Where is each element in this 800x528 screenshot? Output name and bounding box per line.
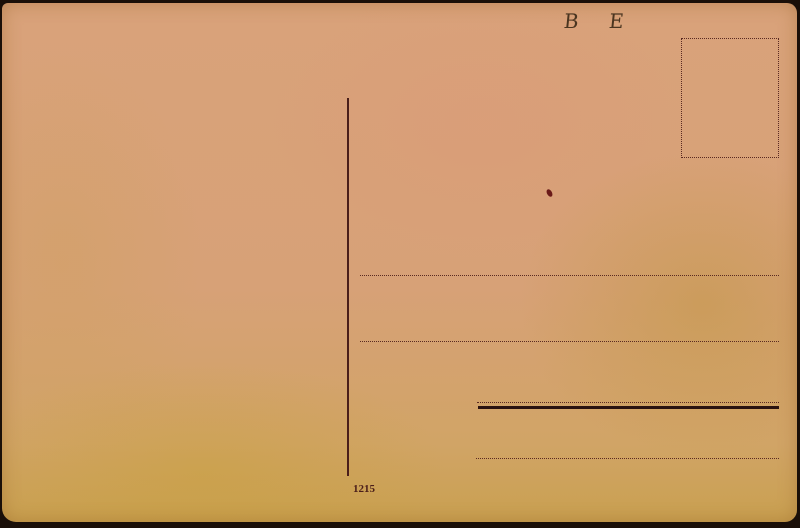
address-line-4 [476, 458, 779, 459]
serial-number: 1215 [353, 483, 375, 495]
address-line-1 [360, 275, 779, 276]
address-line-3 [477, 402, 779, 403]
handwritten-mark: B E [563, 9, 637, 33]
postcard-back: B E 1215 [2, 3, 797, 522]
ink-stain [545, 188, 553, 197]
stamp-box [681, 38, 779, 158]
address-line-solid [478, 406, 779, 409]
center-divider [347, 98, 349, 476]
address-line-2 [360, 341, 779, 342]
